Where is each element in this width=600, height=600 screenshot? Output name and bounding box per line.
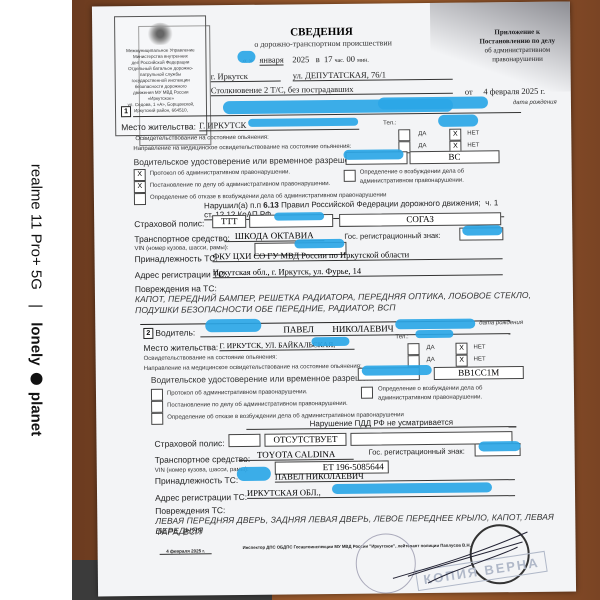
- hour-label: час.: [335, 58, 345, 64]
- yes-label: ДА: [418, 143, 426, 149]
- driver1-alcohol-no-checkbox[interactable]: X: [449, 129, 461, 141]
- footer-date: 4 февраля 2025 г.: [160, 548, 212, 555]
- driver2-phone-label: Тел.:: [395, 334, 408, 340]
- incident-type: Столкновение 2 Т/С, без пострадавших: [211, 83, 453, 97]
- yes-label: ДА: [427, 357, 435, 363]
- violation-text: Правил Российской Федерации дорожного дв…: [281, 198, 481, 209]
- redaction: [378, 96, 488, 109]
- incident-address: ул. ДЕПУТАТСКАЯ, 76/1: [293, 69, 453, 82]
- driver2-refusal-checkbox[interactable]: [151, 413, 163, 425]
- driver1-reg-address: Иркутская обл., г. Иркутск, ул. Фурье, 1…: [213, 264, 503, 278]
- appendix-from: от: [465, 87, 473, 97]
- driver2-alcohol-no-checkbox[interactable]: X: [455, 343, 467, 355]
- minute: 00: [346, 54, 355, 64]
- driver1-vehicle-label: Транспортное средство:: [134, 233, 230, 244]
- accident-report-document: Межмуниципальное Управление Министерства…: [92, 2, 576, 597]
- signature-scribble: [387, 527, 538, 589]
- driver1-birth-label: дата рождения: [513, 100, 557, 106]
- brand-right: planet: [28, 392, 45, 436]
- redaction: [205, 319, 261, 333]
- driver2-plate-label: Гос. регистрационный знак:: [369, 447, 465, 457]
- driver1-insurance-series: ТТТ: [212, 215, 246, 228]
- device-name: realme 11 Pro+ 5G: [28, 164, 45, 290]
- redaction: [311, 337, 349, 346]
- driver2-insurance-value: ОТСУТСТВУЕТ: [264, 433, 346, 447]
- driver2-insurance-series: [228, 434, 260, 447]
- redaction: [462, 225, 502, 235]
- no-label: НЕТ: [467, 130, 479, 136]
- driver2-patronymic: НИКОЛАЕВИЧ: [332, 323, 393, 334]
- driver2-medical-label: Направление на медицинское освидетельств…: [144, 364, 362, 372]
- driver2-insurance-label: Страховой полис:: [154, 438, 224, 449]
- globe-icon: [31, 373, 43, 385]
- driver1-insurance-label: Страховой полис:: [134, 218, 204, 229]
- driver2-initiation-label: Определение о возбуждении дела об админи…: [378, 384, 518, 403]
- driver2-protocol-label: Протокол об административном правонаруше…: [167, 389, 308, 396]
- driver2-alcohol-yes-checkbox[interactable]: [407, 343, 419, 355]
- watermark-text: realme 11 Pro+ 5G | lonely planet: [28, 164, 45, 436]
- brand-left: lonely: [28, 322, 45, 365]
- redaction: [343, 149, 403, 160]
- driver1-medical-label: Направление на медицинское освидетельств…: [133, 144, 351, 152]
- driver1-residence-label: Место жительства:: [121, 121, 196, 132]
- redaction: [362, 365, 432, 376]
- driver2-residence-label: Место жительства:: [143, 342, 218, 353]
- driver2-resolution-label: Постановление по делу об административно…: [167, 401, 348, 409]
- appendix-date: от 4 февраля 2025 г.: [465, 86, 545, 97]
- appendix-line: Постановлению по делу: [472, 37, 562, 47]
- driver1-license-label: Водительское удостоверение или временное…: [134, 155, 366, 167]
- coat-of-arms-icon: [146, 23, 174, 45]
- driver1-resolution-checkbox[interactable]: X: [134, 181, 146, 193]
- no-label: НЕТ: [467, 142, 479, 148]
- driver2-medical-no-checkbox[interactable]: X: [456, 355, 468, 367]
- driver2-license-label: Водительское удостоверение или временное…: [151, 372, 383, 384]
- driver1-damage-line: ПОДУШКИ БЕЗОПАСНОСТИ ОБЕ ПЕРЕДНИЕ, РАДИА…: [135, 302, 396, 315]
- minute-label: мин.: [357, 58, 369, 64]
- driver2-vehicle-label: Транспортное средство:: [155, 454, 251, 465]
- appendix-line: об административном: [472, 46, 562, 56]
- incident-city: г. Иркутск: [211, 71, 281, 83]
- at-label: в: [316, 54, 320, 64]
- driver2-owner: ПАВЕЛ НИКОЛАЕВИЧ: [275, 469, 515, 483]
- redaction: [248, 118, 358, 127]
- redaction: [294, 239, 344, 249]
- driver1-number: 1: [121, 106, 131, 117]
- driver2-violation: Нарушение ПДД РФ не усматривается: [246, 417, 516, 430]
- redaction: [237, 51, 255, 63]
- document-subtitle: о дорожно-транспортном происшествии: [254, 38, 392, 48]
- redaction: [332, 482, 492, 494]
- violation-point: 6.13: [263, 201, 279, 210]
- driver1-initiation-checkbox[interactable]: [344, 170, 356, 182]
- redaction: [274, 212, 324, 221]
- driver2-reg-address-label: Адрес регистрации ТС:: [155, 492, 247, 503]
- yes-label: ДА: [426, 345, 434, 351]
- appendix-line: правонарушении: [472, 55, 562, 65]
- date-month: января: [259, 55, 283, 66]
- redaction: [415, 330, 453, 338]
- driver1-plate-label: Гос. регистрационный знак:: [344, 231, 440, 241]
- document-title: СВЕДЕНИЯ: [290, 26, 353, 39]
- driver2-first-name: ПАВЕЛ: [283, 324, 314, 334]
- no-label: НЕТ: [473, 344, 485, 350]
- driver2-owner-label: Принадлежность ТС:: [155, 475, 238, 486]
- driver2-resolution-checkbox[interactable]: [151, 401, 163, 413]
- driver2-birth-label: дата рождения: [479, 320, 523, 326]
- redaction: [438, 114, 478, 126]
- redaction: [395, 319, 475, 330]
- driver1-license-category: ВС: [409, 150, 499, 164]
- driver2-vehicle: TOYOTA CALDINA: [239, 449, 354, 461]
- driver1-alcohol-yes-checkbox[interactable]: [398, 129, 410, 141]
- driver2-number: 2: [143, 328, 153, 339]
- driver1-phone-label: Тел.:: [383, 120, 396, 126]
- driver1-protocol-checkbox[interactable]: X: [134, 169, 146, 181]
- appendix-date-value: 4 февраля 2025 г.: [483, 86, 545, 97]
- driver2-license-category: BB1CC1M: [434, 366, 524, 380]
- no-label: НЕТ: [474, 356, 486, 362]
- driver2-label: Водитель:: [155, 327, 195, 337]
- driver1-refusal-checkbox[interactable]: [134, 193, 146, 205]
- incident-datetime: « » января 2025 в 17 час. 00 мин.: [242, 54, 368, 65]
- camera-watermark: realme 11 Pro+ 5G | lonely planet: [0, 0, 72, 600]
- driver2-initiation-checkbox[interactable]: [361, 387, 373, 399]
- driver1-resolution-label: Постановление по делу об административно…: [150, 181, 331, 189]
- driver2-vin-label: VIN (номер кузова, шасси, рамы):: [155, 467, 249, 474]
- driver2-damage-line: ФАРА, ВСП: [155, 526, 201, 536]
- redaction: [237, 467, 271, 481]
- appendix-note: Приложение к Постановлению по делу об ад…: [472, 28, 562, 65]
- driver1-owner-label: Принадлежность ТС:: [135, 253, 218, 264]
- watermark-separator: |: [28, 304, 45, 308]
- issuer-stamp: Межмуниципальное Управление Министерства…: [114, 15, 207, 136]
- redaction: [479, 441, 521, 451]
- hour: 17: [324, 54, 333, 64]
- driver1-initiation-label: Определение о возбуждении дела об админи…: [360, 167, 500, 186]
- driver1-protocol-label: Протокол об административном правонаруше…: [150, 169, 291, 176]
- driver1-alcohol-label: Освидетельствование на состояние опьянен…: [135, 135, 269, 142]
- date-year: 2025: [292, 54, 309, 64]
- appendix-line: Приложение к: [472, 28, 562, 38]
- yes-label: ДА: [418, 131, 426, 137]
- driver1-owner: ФКУ ЦХИ СО ГУ МВД России по Иркутской об…: [212, 248, 502, 262]
- driver2-protocol-checkbox[interactable]: [151, 389, 163, 401]
- driver2-alcohol-label: Освидетельствование на состояние опьянен…: [144, 355, 278, 362]
